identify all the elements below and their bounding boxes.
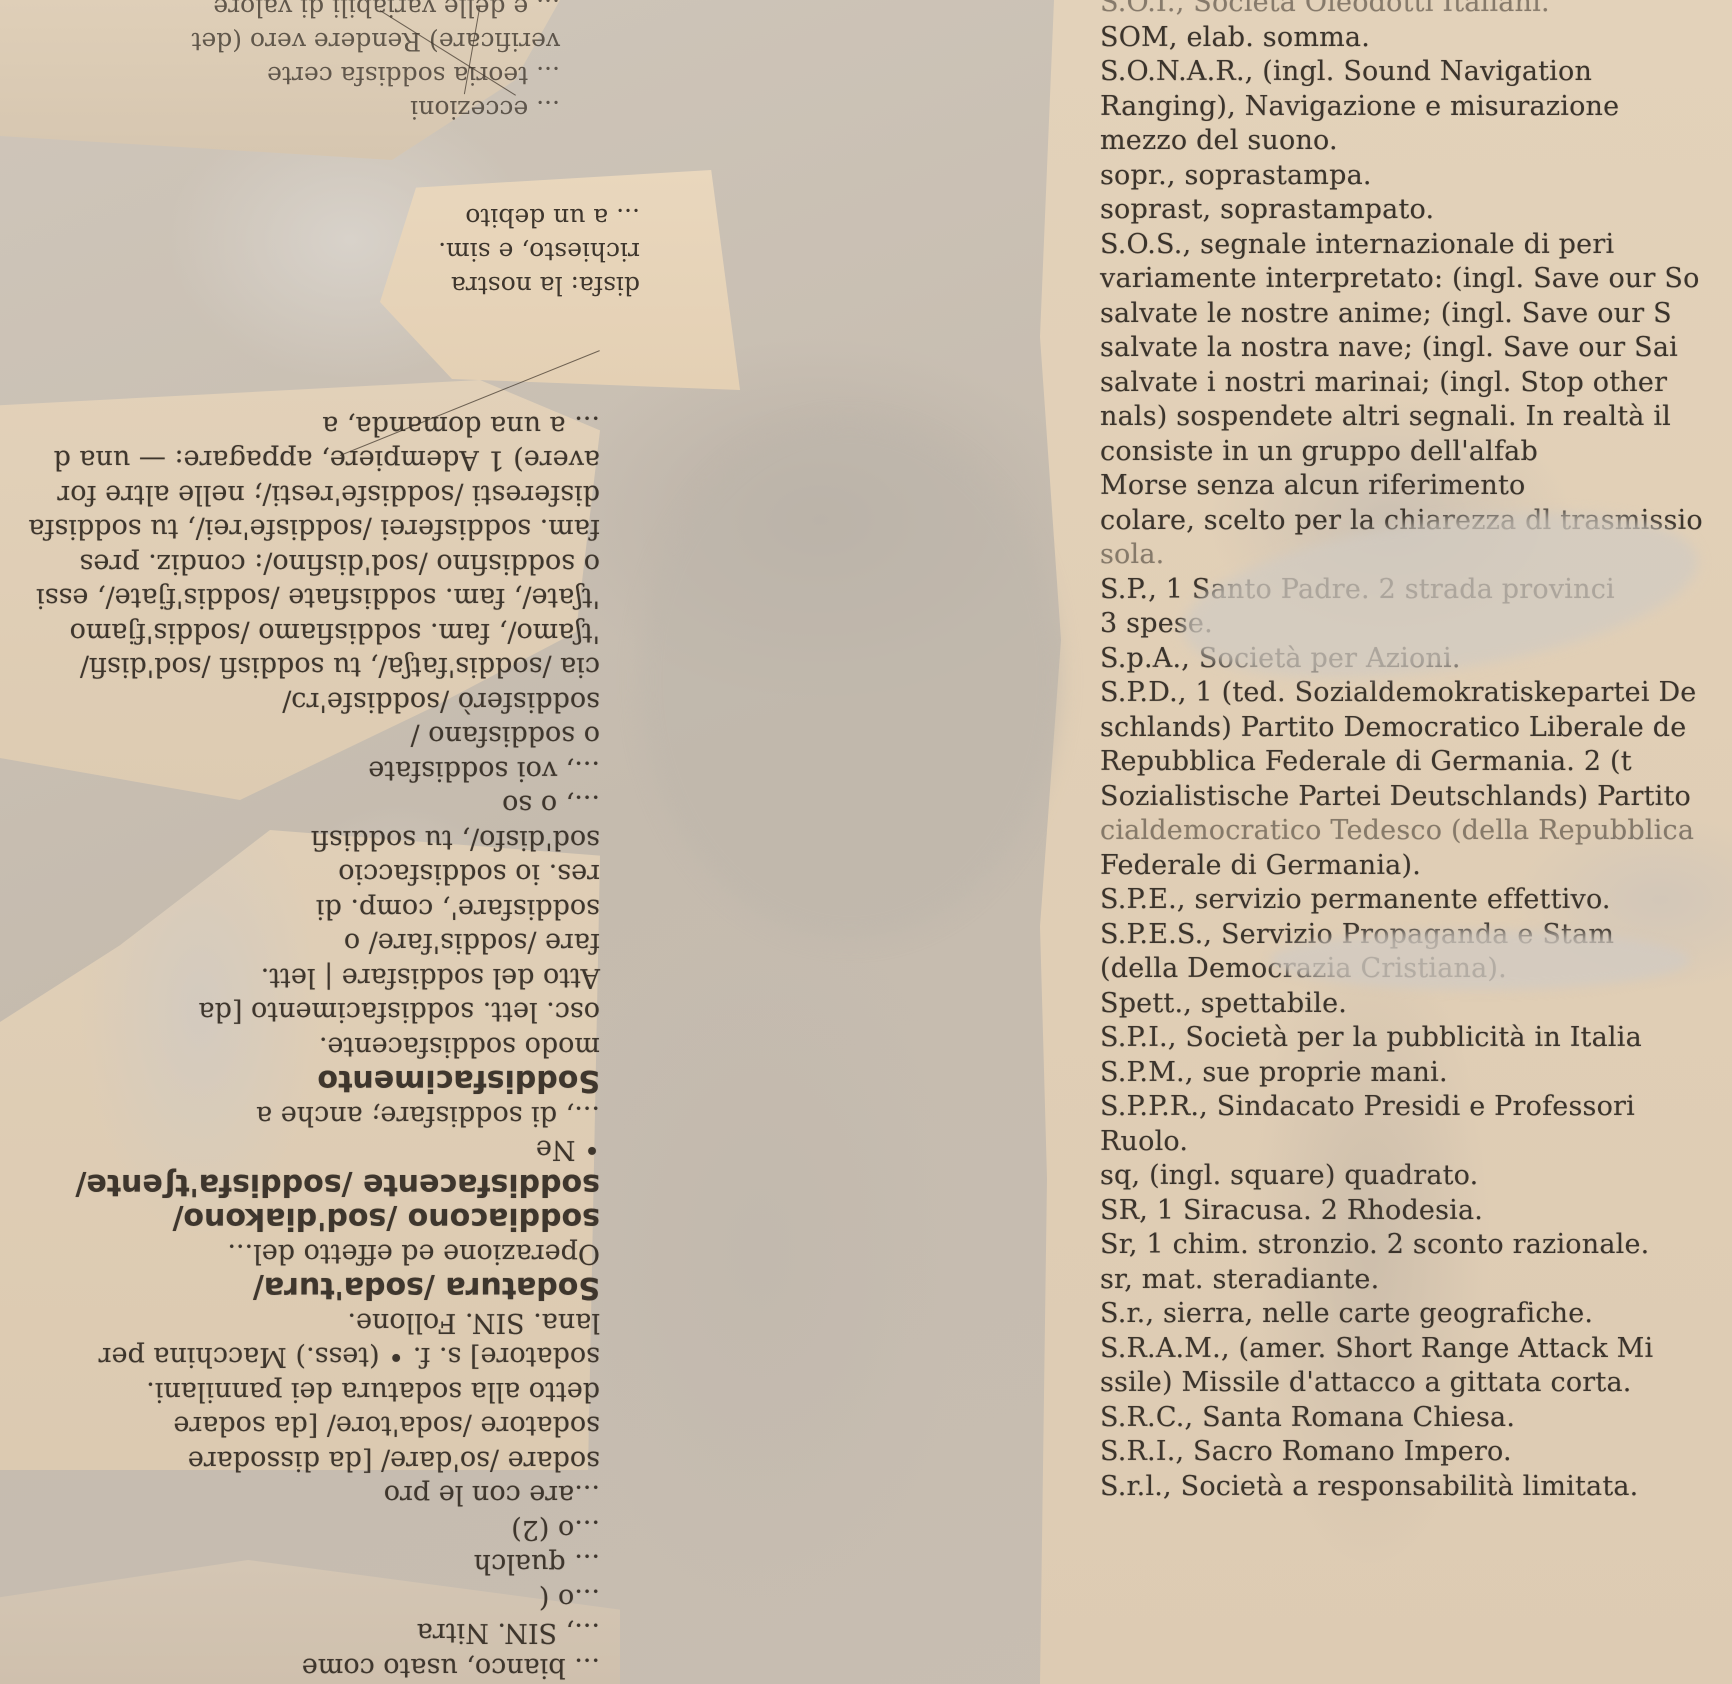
entry-line: salvate i nostri marinai; (ingl. Stop ot…: [1100, 366, 1732, 401]
inverted-line: disfa: la nostra: [400, 268, 640, 302]
inverted-line: sodatore] s. f. • (tess.) Macchina per: [0, 1339, 600, 1374]
inverted-line: ..., di soddisfare; anche a: [0, 1098, 600, 1133]
entry-line: sopr., soprastampa.: [1100, 159, 1732, 194]
dictionary-column-left-inverted: ... bianco, usato come ..., SIN. Nitra .…: [0, 380, 600, 1684]
inverted-text-small: disfa: la nostra richiesto, e sim. ... a…: [400, 200, 640, 302]
entry-line: SR, 1 Siracusa. 2 Rhodesia.: [1100, 1194, 1732, 1229]
inverted-line: ... a un debito: [400, 200, 640, 234]
inverted-line: fare /soddis'fare/ o: [0, 925, 600, 960]
entry-line: colare, scelto per la chiarezza dl trasm…: [1100, 504, 1732, 539]
inverted-line: ... qualch: [0, 1546, 600, 1581]
inverted-line: ..., SIN. Nitra: [0, 1615, 600, 1650]
inverted-line: • Ne: [0, 1132, 600, 1167]
entry-line: Federale di Germania).: [1100, 849, 1732, 884]
entry-line: S.R.C., Santa Romana Chiesa.: [1100, 1401, 1732, 1436]
entry-line: Morse senza alcun riferimento: [1100, 469, 1732, 504]
entry-line: variamente interpretato: (ingl. Save our…: [1100, 262, 1732, 297]
entry-line: Sr, 1 chim. stronzio. 2 sconto razionale…: [1100, 1228, 1732, 1263]
entry-line: salvate le nostre anime; (ingl. Save our…: [1100, 297, 1732, 332]
entry-line: S.P.P.R., Sindacato Presidi e Professori: [1100, 1090, 1732, 1125]
entry-line: Spett., spettabile.: [1100, 987, 1732, 1022]
entry-line: cialdemocratico Tedesco (della Repubblic…: [1100, 814, 1732, 849]
entry-line: sq, (ingl. square) quadrato.: [1100, 1159, 1732, 1194]
inverted-line: osc. lett. soddisfacimento [da: [0, 994, 600, 1029]
inverted-headword: Sodatura /soda'tura/: [0, 1270, 600, 1305]
inverted-line: ...o (2): [0, 1512, 600, 1547]
entry-line: ssile) Missile d'attacco a gittata corta…: [1100, 1366, 1732, 1401]
entry-line: sola.: [1100, 538, 1732, 573]
entry-line: S.r., sierra, nelle carte geografiche.: [1100, 1297, 1732, 1332]
inverted-line: Atto del soddisfare | lett.: [0, 960, 600, 995]
inverted-line: disferesti /soddisfe'resti/; nelle altre…: [0, 477, 600, 512]
inverted-line: 'tʃamo/, fam. soddisfiamo /soddis'fjamo: [0, 615, 600, 650]
entry-line: S.O.N.A.R., (ingl. Sound Navigation: [1100, 55, 1732, 90]
entry-line: schlands) Partito Democratico Liberale d…: [1100, 711, 1732, 746]
entry-line: S.r.l., Società a responsabilità limitat…: [1100, 1470, 1732, 1505]
entry-line: nals) sospendete altri segnali. In realt…: [1100, 400, 1732, 435]
inverted-line: ..., o so: [0, 787, 600, 822]
inverted-line: Operazione ed effetto del...: [0, 1236, 600, 1271]
inverted-headword: Soddisfacimento: [0, 1063, 600, 1098]
inverted-line: sodatore /soda'tore/ [da sodare: [0, 1408, 600, 1443]
inverted-line: res. io soddisfaccio: [0, 856, 600, 891]
entry-line: S.P., 1 Santo Padre. 2 strada provinci: [1100, 573, 1732, 608]
inverted-line: o soddisfino /sod'disfino/: condiz. pres: [0, 546, 600, 581]
inverted-line: soddisferò /soddisfe'rɔ/: [0, 684, 600, 719]
inverted-line: ...are con le pro: [0, 1477, 600, 1512]
entry-line: S.P.M., sue proprie mani.: [1100, 1056, 1732, 1091]
entry-line: Repubblica Federale di Germania. 2 (t: [1100, 745, 1732, 780]
entry-line: S.O.S., segnale internazionale di peri: [1100, 228, 1732, 263]
inverted-line: sodare /so'dare/ [da dissodare: [0, 1443, 600, 1478]
inverted-line: avere) 1 Adempiere, appagare: — una d: [0, 442, 600, 477]
entry-line: mezzo del suono.: [1100, 124, 1732, 159]
inverted-line: cia /soddis'fatʃa/, tu soddisfi /sod'dis…: [0, 649, 600, 684]
entry-line: S.R.A.M., (amer. Short Range Attack Mi: [1100, 1332, 1732, 1367]
inverted-line: ... teoria soddisfa certe: [0, 58, 560, 92]
inverted-line: o soddisfano /: [0, 718, 600, 753]
entry-line: Ranging), Navigazione e misurazione: [1100, 90, 1732, 125]
inverted-line: detto alla sodatura dei pannilani.: [0, 1374, 600, 1409]
entry-line: consiste in un gruppo dell'alfab: [1100, 435, 1732, 470]
inverted-line: ... a una domanda, a: [0, 408, 600, 443]
entry-line: S.P.I., Società per la pubblicità in Ita…: [1100, 1021, 1732, 1056]
inverted-headword: soddiacono /sod'diakono/: [0, 1201, 600, 1236]
entry-line: S.P.E.S., Servizio Propaganda e Stam: [1100, 918, 1732, 953]
inverted-line: ... eccezioni: [0, 92, 560, 126]
entry-line: S.P.D., 1 (ted. Sozialdemokratiskepartei…: [1100, 676, 1732, 711]
inverted-line: lana. SIN. Follone.: [0, 1305, 600, 1340]
entry-line: 3 spese.: [1100, 607, 1732, 642]
entry-line: sr, mat. steradiante.: [1100, 1263, 1732, 1298]
inverted-line: ..., voi soddisfate: [0, 753, 600, 788]
entry-line: S.O.I., Società Oleodotti Italiani.: [1100, 0, 1732, 21]
entry-line: Ruolo.: [1100, 1125, 1732, 1160]
entry-line: (della Democrazia Cristiana).: [1100, 952, 1732, 987]
inverted-line: 'tʃate/, fam. soddisfiate /soddis'fjate/…: [0, 580, 600, 615]
inverted-line: fam. soddisferei /soddisfe'rei/, tu sodd…: [0, 511, 600, 546]
entry-line: Sozialistische Partei Deutschlands) Part…: [1100, 780, 1732, 815]
entry-line: S.p.A., Società per Azioni.: [1100, 642, 1732, 677]
entry-line: S.P.E., servizio permanente effettivo.: [1100, 883, 1732, 918]
inverted-line: richiesto, e sim.: [400, 234, 640, 268]
dictionary-column-right: S.O.I., Società Oleodotti Italiani. SOM,…: [1100, 0, 1732, 1504]
inverted-line: soddisfare', comp. di: [0, 891, 600, 926]
entry-line: salvate la nostra nave; (ingl. Save our …: [1100, 331, 1732, 366]
entry-line: S.R.I., Sacro Romano Impero.: [1100, 1435, 1732, 1470]
inverted-line: ...o (: [0, 1581, 600, 1616]
inverted-line: modo soddisfacente.: [0, 1029, 600, 1064]
entry-line: soprast, soprastampato.: [1100, 193, 1732, 228]
inverted-line: sod'disfo/, tu soddisfi: [0, 822, 600, 857]
entry-line: SOM, elab. somma.: [1100, 21, 1732, 56]
inverted-headword: soddisfacente /soddisfa'tʃente/: [0, 1167, 600, 1202]
inverted-line: ... bianco, usato come: [0, 1650, 600, 1684]
